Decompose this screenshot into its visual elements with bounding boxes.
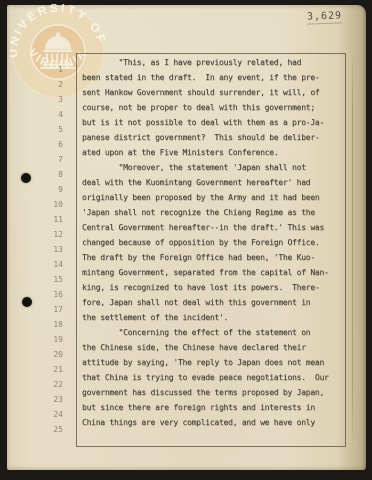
text-line: course, not be proper to deal with this … [82, 100, 344, 115]
text-line: Central Government hereafter--in the dra… [82, 220, 344, 235]
text-line: "Moreover, the statement 'Japan shall no… [82, 160, 344, 175]
text-line: the settlement of the incident'. [82, 310, 344, 325]
line-number: 6 [37, 137, 63, 152]
line-number: 23 [37, 392, 63, 407]
line-number: 19 [37, 332, 63, 347]
scanned-document: UNIVERSITY OF VIRGINIA 3,629 12345678910… [0, 0, 372, 480]
line-number: 8 [37, 167, 63, 182]
line-number: 3 [37, 92, 63, 107]
line-number: 11 [37, 212, 63, 227]
line-number: 1 [37, 62, 63, 77]
line-number: 9 [37, 182, 63, 197]
text-line: fore, Japan shall not deal with this gov… [82, 295, 344, 310]
line-number: 17 [37, 302, 63, 317]
text-line: been stated in the draft. In any event, … [82, 70, 344, 85]
text-line: ated upon at the Five Ministers Conferen… [82, 145, 344, 160]
hole-punch-bottom [22, 297, 32, 307]
text-line: but since there are foreign rights and i… [82, 400, 344, 415]
text-line: The draft by the Foreign Office had been… [82, 250, 344, 265]
text-line: "Concerning the effect of the statement … [82, 325, 344, 340]
page-number: 3,629 [307, 10, 343, 24]
line-number: 21 [37, 362, 63, 377]
text-line: mintang Government, separated from the c… [82, 265, 344, 280]
line-number: 25 [37, 422, 63, 437]
line-number-column: 1234567891011121314151617181920212223242… [37, 62, 63, 437]
text-line: sent Hankow Government should surrender,… [82, 85, 344, 100]
text-line: changed because of opposition by the For… [82, 235, 344, 250]
line-number: 13 [37, 242, 63, 257]
line-number: 5 [37, 122, 63, 137]
text-line: "This, as I have previously related, had [82, 55, 344, 70]
text-line: 'Japan shall not recognize the Chiang Re… [82, 205, 344, 220]
text-line: king, is recognized to have lost its pow… [82, 280, 344, 295]
text-line: originally been proposed by the Army and… [82, 190, 344, 205]
line-number: 12 [37, 227, 63, 242]
line-number: 10 [37, 197, 63, 212]
line-number: 15 [37, 272, 63, 287]
paper-crease [352, 50, 353, 450]
text-line: attitude by saying, 'The reply to Japan … [82, 355, 344, 370]
line-number: 7 [37, 152, 63, 167]
text-line: but is it not possible to deal with them… [82, 115, 344, 130]
line-number: 18 [37, 317, 63, 332]
text-line: panese district government? This should … [82, 130, 344, 145]
text-line: the Chinese side, the Chinese have decla… [82, 340, 344, 355]
line-number: 14 [37, 257, 63, 272]
text-line: China things are very complicated, and w… [82, 415, 344, 430]
line-number: 22 [37, 377, 63, 392]
text-line: government has discussed the terms propo… [82, 385, 344, 400]
line-number: 4 [37, 107, 63, 122]
paper-page: UNIVERSITY OF VIRGINIA 3,629 12345678910… [7, 5, 366, 470]
text-line: that China is trying to evade peace nego… [82, 370, 344, 385]
line-number: 2 [37, 77, 63, 92]
line-number: 20 [37, 347, 63, 362]
hole-punch-top [21, 173, 31, 183]
line-number: 16 [37, 287, 63, 302]
line-number: 24 [37, 407, 63, 422]
transcript-text: "This, as I have previously related, had… [82, 55, 344, 430]
text-line: deal with the Kuomintang Government here… [82, 175, 344, 190]
